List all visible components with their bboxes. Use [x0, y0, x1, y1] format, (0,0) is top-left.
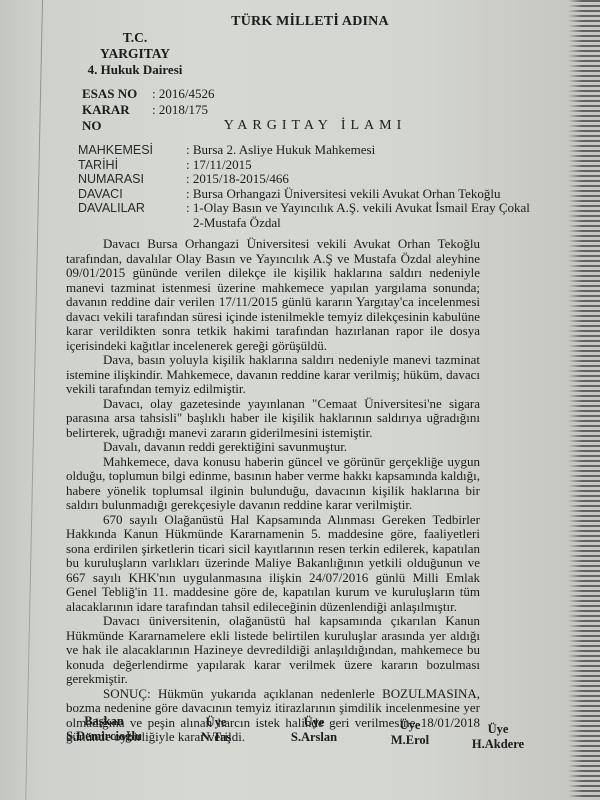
case-info: MAHKEMESİ : Bursa 2. Asliye Hukuk Mahkem…: [78, 143, 538, 230]
case-info-value: : 1-Olay Basın ve Yayıncılık A.Ş. vekili…: [186, 201, 538, 216]
paragraph: Davacı, olay gazetesinde yayınlanan "Cem…: [66, 397, 480, 441]
case-info-label: TARİHİ: [78, 158, 186, 173]
signature-member: Üye M.Erol: [360, 718, 460, 748]
paragraph: Davacı Bursa Orhangazi Üniversitesi veki…: [66, 237, 480, 353]
paragraph: 670 sayılı Olağanüstü Hal Kapsamında Alı…: [66, 513, 480, 615]
case-info-label: DAVACI: [78, 187, 186, 202]
case-info-value: : 17/11/2015: [186, 158, 538, 173]
esas-no-label: ESAS NO: [82, 86, 152, 102]
signature-name: S.Arslan: [264, 730, 364, 745]
court-decision-document: TÜRK MİLLETİ ADINA T.C. YARGITAY 4. Huku…: [0, 0, 600, 800]
court-header: T.C. YARGITAY 4. Hukuk Dairesi: [60, 30, 210, 78]
decision-body: Davacı Bursa Orhangazi Üniversitesi veki…: [66, 237, 480, 745]
signature-role: Üye: [360, 718, 460, 733]
signature-name: H.Akdere: [448, 737, 548, 752]
signature-role: Üye: [264, 715, 364, 730]
signature-role: Başkan: [54, 714, 154, 729]
paragraph: Davacı üniversitenin, olağanüstü hal kap…: [66, 614, 480, 687]
case-info-label: MAHKEMESİ: [78, 143, 186, 158]
signature-member: Üye H.Akdere: [448, 722, 548, 752]
esas-no-value: : 2016/4526: [152, 86, 214, 102]
signature-name: N.Taş: [166, 730, 266, 745]
country-label: T.C.: [60, 30, 210, 46]
case-info-row: MAHKEMESİ : Bursa 2. Asliye Hukuk Mahkem…: [78, 143, 538, 158]
case-info-value: : Bursa Orhangazi Üniversitesi vekili Av…: [186, 187, 538, 202]
signature-member: Üye N.Taş: [166, 715, 266, 745]
signature-role: Üye: [166, 715, 266, 730]
signature-member: Üye S.Arslan: [264, 715, 364, 745]
paragraph: Davalı, davanın reddi gerektiğini savunm…: [66, 440, 480, 455]
signature-president: Başkan S.Demircioğlu: [54, 714, 154, 744]
document-title: YARGITAY İLAMI: [0, 118, 600, 134]
case-info-row: DAVACI : Bursa Orhangazi Üniversitesi ve…: [78, 187, 538, 202]
signature-name: M.Erol: [360, 733, 460, 748]
defendant-2: 2-Mustafa Özdal: [78, 216, 538, 231]
signature-name: S.Demircioğlu: [54, 729, 154, 744]
case-info-label: NUMARASI: [78, 172, 186, 187]
case-info-label: DAVALILAR: [78, 201, 186, 216]
nation-title: TÜRK MİLLETİ ADINA: [0, 14, 600, 30]
case-info-row: TARİHİ : 17/11/2015: [78, 158, 538, 173]
case-info-row: DAVALILAR : 1-Olay Basın ve Yayıncılık A…: [78, 201, 538, 216]
case-info-value: : 2015/18-2015/466: [186, 172, 538, 187]
case-info-value: : Bursa 2. Asliye Hukuk Mahkemesi: [186, 143, 538, 158]
esas-no-row: ESAS NO : 2016/4526: [82, 86, 214, 102]
case-info-row: NUMARASI : 2015/18-2015/466: [78, 172, 538, 187]
paragraph: Mahkemece, dava konusu haberin güncel ve…: [66, 455, 480, 513]
paragraph: Dava, basın yoluyla kişilik haklarına sa…: [66, 353, 480, 397]
chamber-name: 4. Hukuk Dairesi: [60, 62, 210, 78]
signature-role: Üye: [448, 722, 548, 737]
court-name: YARGITAY: [60, 46, 210, 62]
